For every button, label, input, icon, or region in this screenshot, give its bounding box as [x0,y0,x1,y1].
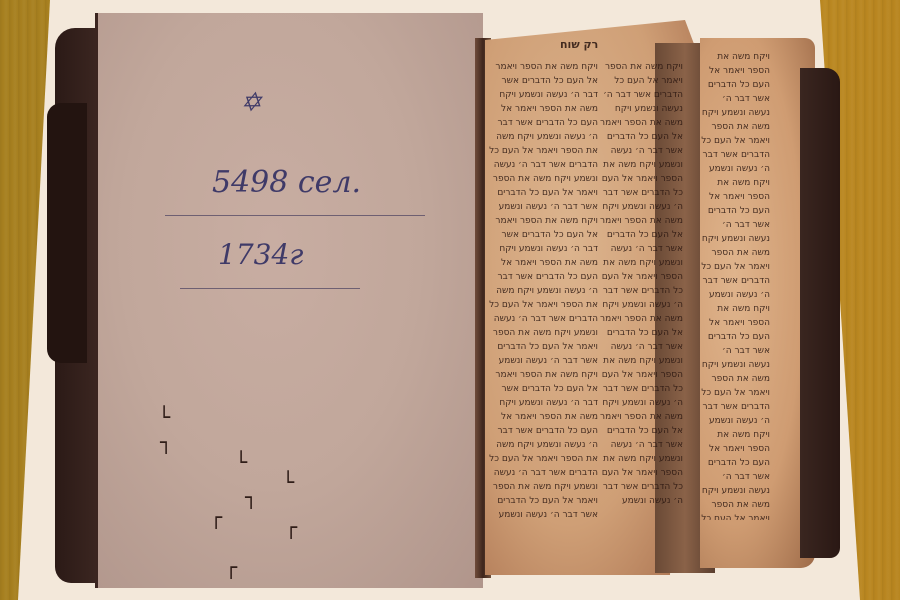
ink-mark: ┐ [160,430,172,454]
inscription-mark: ✡ [240,88,262,118]
ink-mark: ┌ [210,505,222,529]
hebrew-text-column: ויקח משה את הספר ויאמר אל העם כל הדברים … [700,50,770,520]
ink-mark: ┌ [285,515,297,539]
ink-mark: ┐ [245,485,257,509]
hebrew-text-column: ויקח משה את הספר ויאמר אל העם כל הדברים … [598,60,683,520]
pencil-line [180,288,360,289]
ink-mark: └ [235,450,247,474]
page-header: רק שוח [560,38,598,52]
pencil-line [165,215,425,216]
ink-mark: └ [282,470,294,494]
inscription-year: 1734г [218,238,303,271]
hebrew-text-column: ויקח משה את הספר ויאמר אל העם כל הדברים … [488,60,598,520]
ink-mark: ┌ [225,555,237,579]
book-spine [47,103,87,363]
book-cover-right [800,68,840,558]
inscription-number: 5498 сел. [212,165,361,200]
ink-mark: └ [158,405,170,429]
left-page [95,13,483,588]
